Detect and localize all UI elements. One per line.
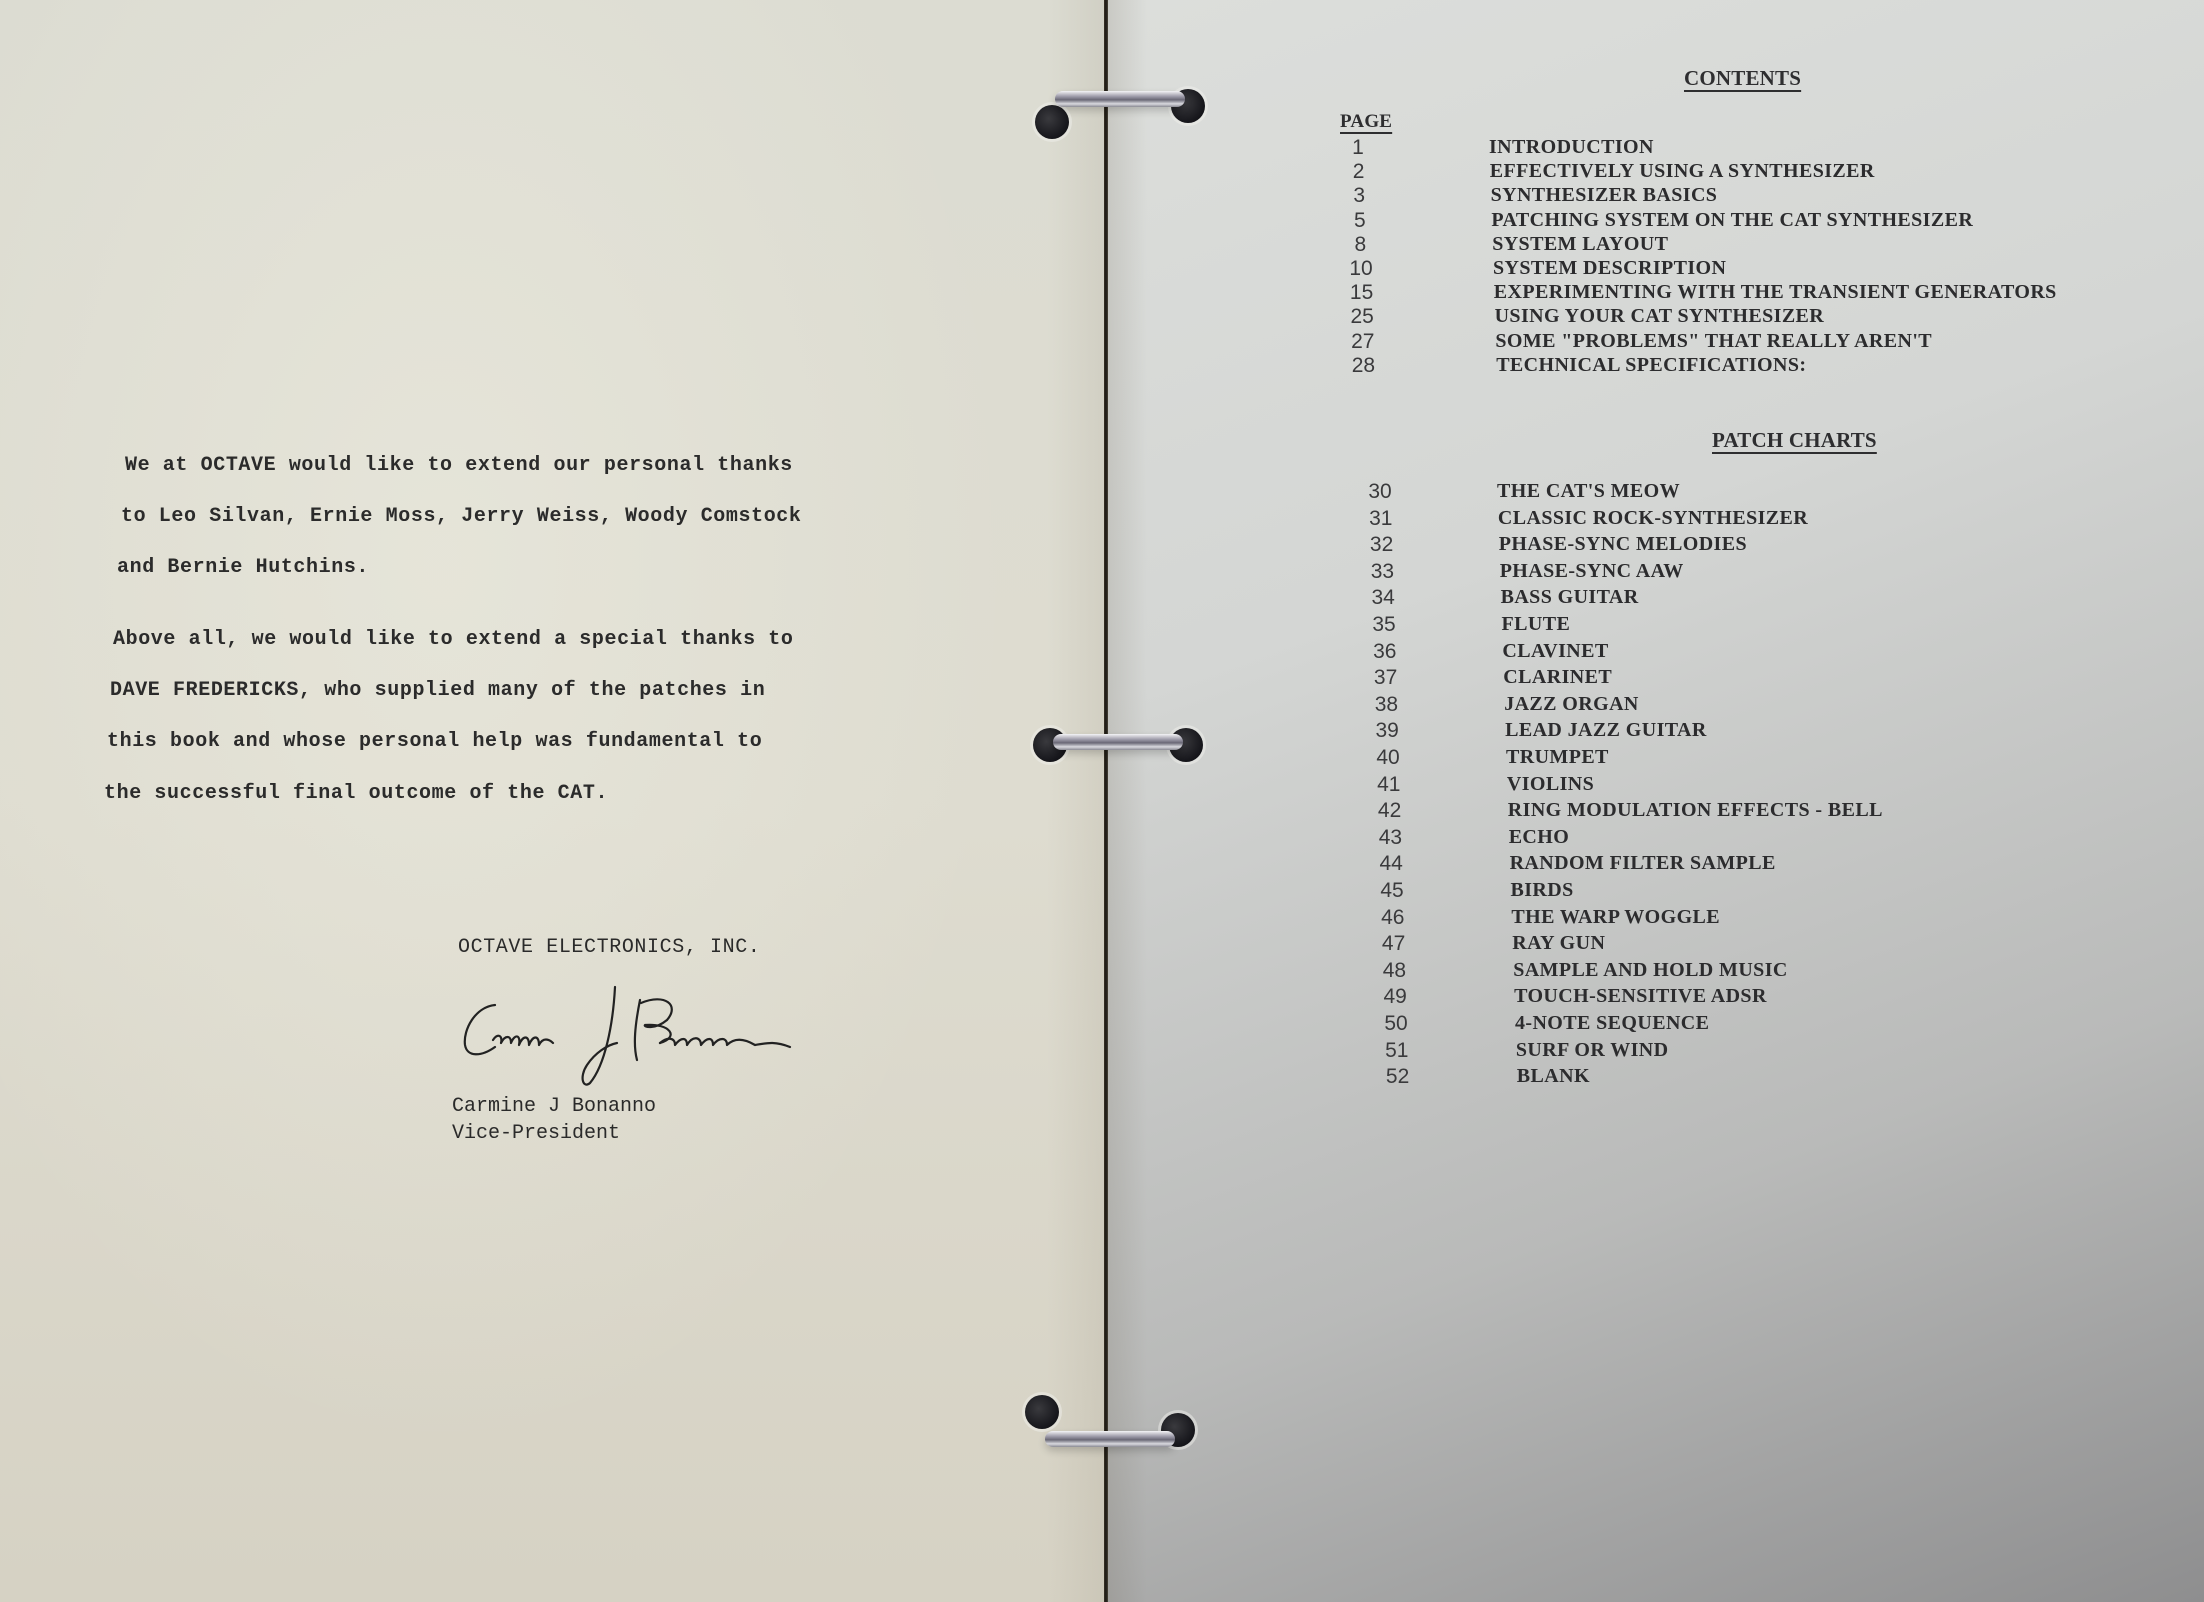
page-number: 38 (1366, 693, 1406, 717)
page-number: 8 (1340, 233, 1380, 257)
entry-title: PHASE-SYNC MELODIES (1499, 533, 1747, 556)
entry-title: FLUTE (1502, 613, 1571, 636)
right-page: CONTENTS PAGE 1INTRODUCTION2EFFECTIVELY … (1107, 0, 2204, 1602)
entry-title: ECHO (1509, 826, 1570, 849)
page-number: 27 (1343, 330, 1383, 354)
page-gutter (1104, 0, 1108, 1602)
page-number: 39 (1367, 719, 1407, 743)
entry-title: BLANK (1517, 1065, 1590, 1088)
page-number: 2 (1339, 160, 1379, 184)
entry-title: JAZZ ORGAN (1504, 693, 1639, 716)
page-number: 44 (1371, 852, 1411, 876)
entry-title: EFFECTIVELY USING A SYNTHESIZER (1490, 160, 1875, 183)
binder-ring-top (1035, 75, 1205, 155)
page-number: 42 (1370, 799, 1410, 823)
page-number: 34 (1363, 586, 1403, 610)
entry-title: SYNTHESIZER BASICS (1491, 184, 1718, 207)
entry-title: RING MODULATION EFFECTS - BELL (1508, 799, 1883, 822)
page-number: 51 (1377, 1039, 1417, 1063)
page-number: 3 (1339, 184, 1379, 208)
page-number: 41 (1369, 773, 1409, 797)
entry-title: CLASSIC ROCK-SYNTHESIZER (1498, 507, 1808, 530)
entry-title: PATCHING SYSTEM ON THE CAT SYNTHESIZER (1491, 209, 1973, 232)
punch-hole-icon (1025, 1395, 1059, 1429)
entry-title: TOUCH-SENSITIVE ADSR (1514, 985, 1767, 1008)
entry-title: TRUMPET (1506, 746, 1609, 769)
entry-title: VIOLINS (1507, 773, 1594, 796)
acknowledgement-line: and Bernie Hutchins. (117, 556, 369, 579)
page-number: 32 (1362, 533, 1402, 557)
entry-title: SYSTEM LAYOUT (1492, 233, 1668, 256)
page-number: 31 (1361, 507, 1401, 531)
entry-title: 4-NOTE SEQUENCE (1515, 1012, 1709, 1035)
page-number: 33 (1362, 560, 1402, 584)
entry-title: SAMPLE AND HOLD MUSIC (1513, 959, 1788, 982)
entry-title: SURF OR WIND (1516, 1039, 1669, 1062)
signer-title: Vice-President (452, 1122, 620, 1145)
acknowledgement-line: We at OCTAVE would like to extend our pe… (125, 454, 793, 477)
entry-title: EXPERIMENTING WITH THE TRANSIENT GENERAT… (1494, 281, 2057, 304)
page-number: 10 (1341, 257, 1381, 281)
page-number: 43 (1370, 826, 1410, 850)
page-number: 5 (1340, 209, 1380, 233)
entry-title: CLAVINET (1502, 640, 1608, 663)
entry-title: INTRODUCTION (1489, 136, 1654, 159)
punch-hole-icon (1035, 105, 1069, 139)
ring-wire-icon (1053, 734, 1183, 750)
entry-title: LEAD JAZZ GUITAR (1505, 719, 1707, 742)
acknowledgement-line: DAVE FREDERICKS, who supplied many of th… (110, 679, 765, 702)
page-number: 49 (1375, 985, 1415, 1009)
entry-title: BASS GUITAR (1501, 586, 1639, 609)
page-number: 28 (1343, 354, 1383, 378)
entry-title: SYSTEM DESCRIPTION (1493, 257, 1726, 280)
entry-title: RAY GUN (1512, 932, 1605, 955)
company-name: OCTAVE ELECTRONICS, INC. (458, 936, 760, 959)
page-number: 1 (1338, 136, 1378, 160)
entry-title: SOME "PROBLEMS" THAT REALLY AREN'T (1495, 330, 1932, 353)
entry-title: THE WARP WOGGLE (1511, 906, 1720, 929)
entry-title: BIRDS (1511, 879, 1574, 902)
page-number: 45 (1372, 879, 1412, 903)
left-page: We at OCTAVE would like to extend our pe… (0, 0, 1107, 1602)
entry-title: CLARINET (1503, 666, 1612, 689)
entry-title: TECHNICAL SPECIFICATIONS: (1496, 354, 1806, 377)
acknowledgement-line: to Leo Silvan, Ernie Moss, Jerry Weiss, … (121, 505, 802, 528)
ring-wire-icon (1055, 91, 1185, 107)
page-number: 52 (1378, 1065, 1418, 1089)
page-number: 30 (1360, 480, 1400, 504)
binder-ring-middle (1033, 712, 1203, 792)
acknowledgement-line: the successful final outcome of the CAT. (104, 782, 608, 805)
entry-title: RANDOM FILTER SAMPLE (1510, 852, 1776, 875)
entry-title: PHASE-SYNC AAW (1500, 560, 1684, 583)
page-number: 47 (1374, 932, 1414, 956)
entry-title: THE CAT'S MEOW (1497, 480, 1680, 503)
ring-wire-icon (1045, 1431, 1175, 1447)
acknowledgement-line: this book and whose personal help was fu… (107, 730, 762, 753)
signer-name: Carmine J Bonanno (452, 1095, 656, 1118)
page-number: 40 (1368, 746, 1408, 770)
signature-icon (455, 985, 800, 1090)
page-number: 50 (1376, 1012, 1416, 1036)
page-number: 15 (1342, 281, 1382, 305)
page-number: 46 (1373, 906, 1413, 930)
page-column-heading: PAGE (1340, 111, 1392, 133)
page-number: 48 (1374, 959, 1414, 983)
page-number: 35 (1364, 613, 1404, 637)
binder-ring-bottom (1025, 1395, 1195, 1475)
page-number: 37 (1366, 666, 1406, 690)
page-number: 25 (1342, 305, 1382, 329)
acknowledgement-line: Above all, we would like to extend a spe… (113, 628, 794, 651)
contents-heading: CONTENTS (1684, 66, 1801, 91)
page-number: 36 (1365, 640, 1405, 664)
entry-title: USING YOUR CAT SYNTHESIZER (1495, 305, 1825, 328)
patch-charts-heading: PATCH CHARTS (1712, 428, 1877, 453)
